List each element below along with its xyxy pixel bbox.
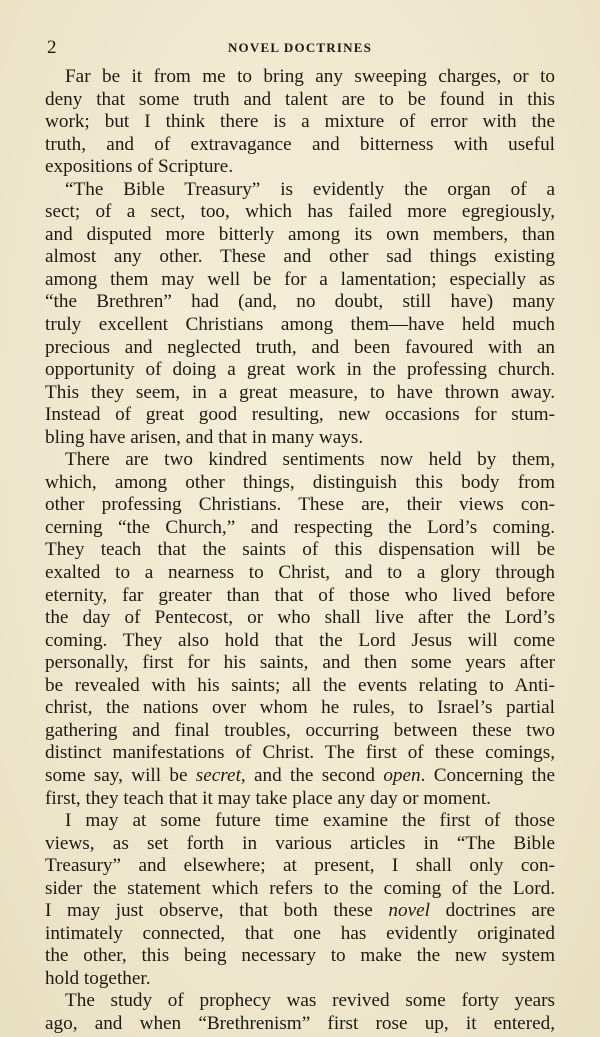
text-line: the other, this being necessary to make … <box>45 945 555 968</box>
italic-word-novel: novel <box>388 900 430 921</box>
text-line: the day of Pentecost, or who shall live … <box>45 607 555 630</box>
text-line: Instead of great good resulting, new occ… <box>45 404 555 427</box>
text-line-with-italics: I may just observe, that both these nove… <box>45 900 555 923</box>
text-segment: doctrines are <box>430 900 555 921</box>
text-line: hold together. <box>45 968 555 991</box>
text-line: truth, and of extravagance and bitternes… <box>45 134 555 157</box>
text-line: among them may well be for a lamentation… <box>45 269 555 292</box>
text-line-with-italics: some say, will be secret, and the second… <box>45 765 555 788</box>
text-line: truly excellent Christians among them—ha… <box>45 314 555 337</box>
text-line: expositions of Scripture. <box>45 156 555 179</box>
text-line: christ, the nations over whom he rules, … <box>45 697 555 720</box>
text-line: first, they teach that it may take place… <box>45 788 555 811</box>
text-line: exalted to a nearness to Christ, and to … <box>45 562 555 585</box>
text-line: precious and neglected truth, and been f… <box>45 337 555 360</box>
text-line: other professing Christians. These are, … <box>45 494 555 517</box>
text-line: intimately connected, that one has evide… <box>45 923 555 946</box>
text-line: “the Brethren” had (and, no doubt, still… <box>45 291 555 314</box>
body-text: Far be it from me to bring any sweeping … <box>45 66 555 1036</box>
text-segment: . Concerning the <box>421 765 555 786</box>
text-line: coming. They also hold that the Lord Jes… <box>45 630 555 653</box>
text-line: There are two kindred sentiments now hel… <box>45 449 555 472</box>
text-line: cerning “the Church,” and respecting the… <box>45 517 555 540</box>
text-line: I may at some future time examine the fi… <box>45 810 555 833</box>
text-line: deny that some truth and talent are to b… <box>45 89 555 112</box>
text-line: sider the statement which refers to the … <box>45 878 555 901</box>
text-line: sect; of a sect, too, which has failed m… <box>45 201 555 224</box>
text-line: This they seem, in a great measure, to h… <box>45 382 555 405</box>
text-line: They teach that the saints of this dispe… <box>45 539 555 562</box>
text-line: distinct manifestations of Christ. The f… <box>45 742 555 765</box>
text-line: ago, and when “Brethrenism” first rose u… <box>45 1013 555 1036</box>
text-line: be revealed with his saints; all the eve… <box>45 675 555 698</box>
running-title: NOVEL DOCTRINES <box>45 40 555 56</box>
text-segment: I may just observe, that both these <box>45 900 388 921</box>
page-header: 2 NOVEL DOCTRINES <box>45 38 555 58</box>
text-line: almost any other. These and other sad th… <box>45 246 555 269</box>
text-segment: some say, will be <box>45 765 196 786</box>
text-line: Treasury” and elsewhere; at present, I s… <box>45 855 555 878</box>
text-line: eternity, far greater than that of those… <box>45 585 555 608</box>
text-line: gathering and final troubles, occurring … <box>45 720 555 743</box>
text-line: opportunity of doing a great work in the… <box>45 359 555 382</box>
italic-word-secret: secret <box>196 765 241 786</box>
text-line: Far be it from me to bring any sweeping … <box>45 66 555 89</box>
text-line: “The Bible Treasury” is evidently the or… <box>45 179 555 202</box>
text-line: The study of prophecy was revived some f… <box>45 990 555 1013</box>
text-line: bling have arisen, and that in many ways… <box>45 427 555 450</box>
text-line: views, as set forth in various articles … <box>45 833 555 856</box>
text-line: personally, first for his saints, and th… <box>45 652 555 675</box>
text-line: work; but I think there is a mixture of … <box>45 111 555 134</box>
text-segment: , and the second <box>241 765 383 786</box>
text-line: and disputed more bitterly among its own… <box>45 224 555 247</box>
text-line: which, among other things, distinguish t… <box>45 472 555 495</box>
italic-word-open: open <box>383 765 420 786</box>
